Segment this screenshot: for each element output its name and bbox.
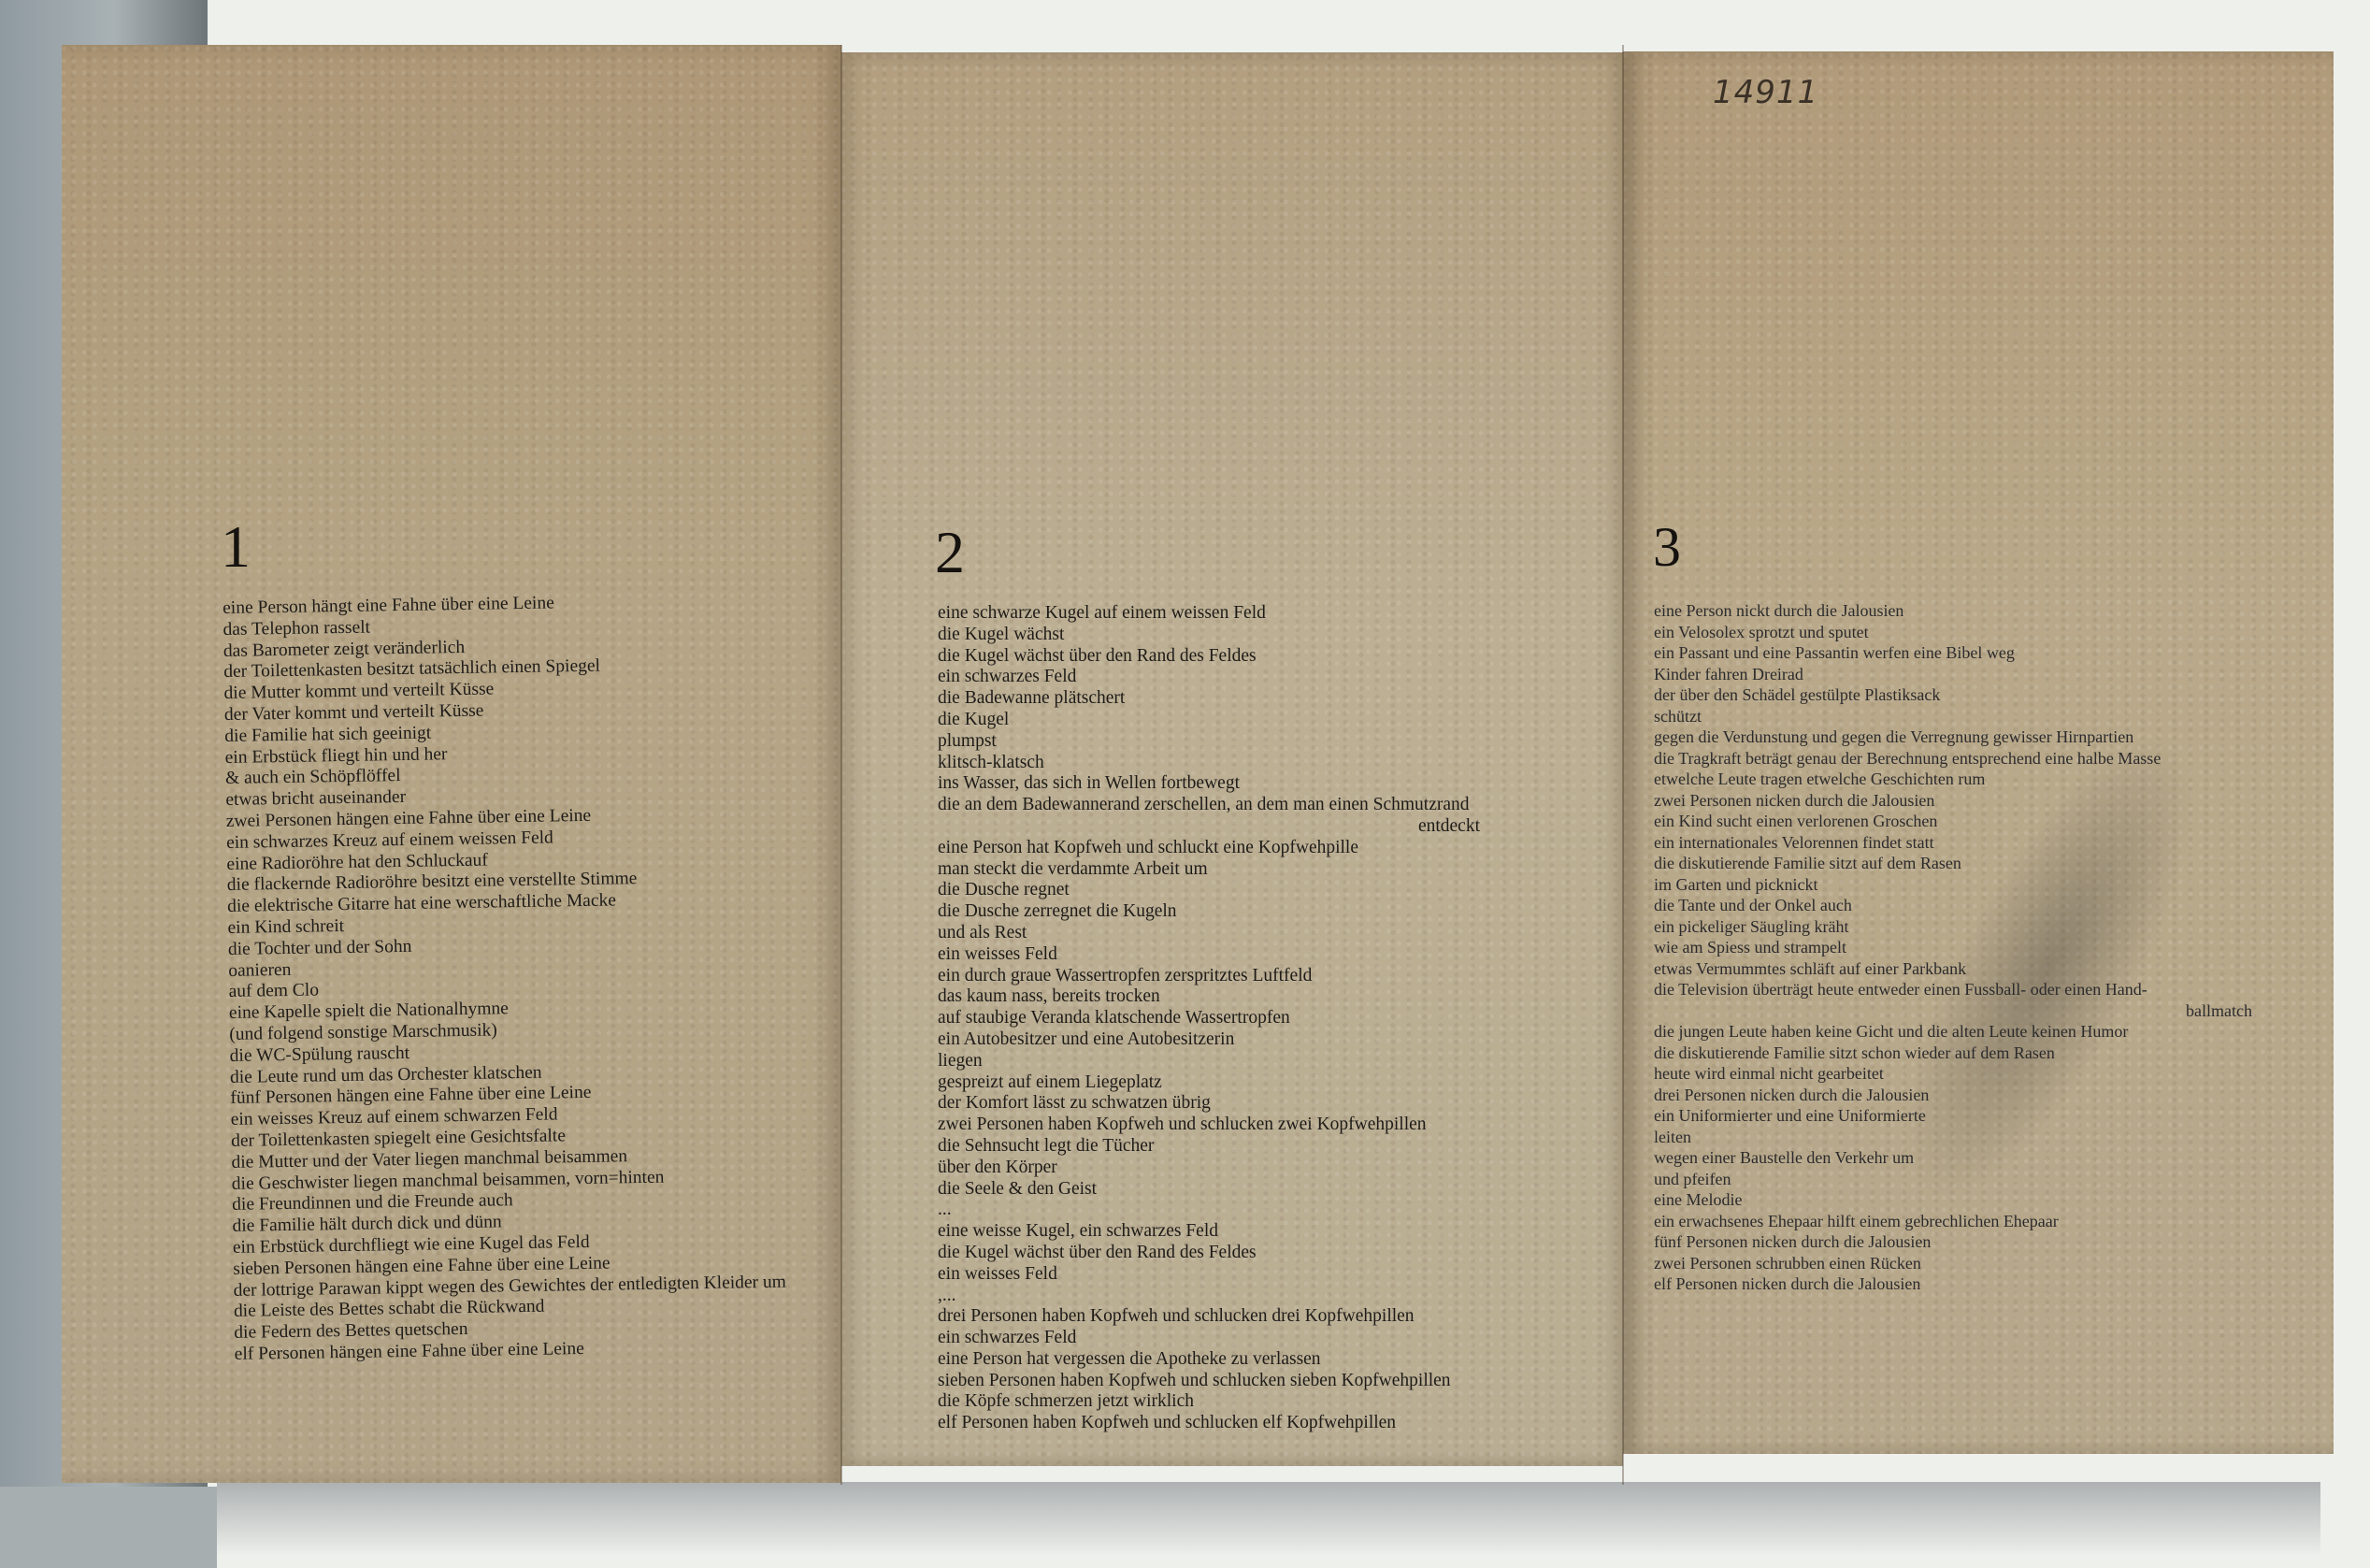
- panel-1: 1 eine Person hängt eine Fahne über eine…: [62, 45, 841, 1483]
- poem-line: ,...: [938, 1286, 1480, 1307]
- poem-line: wie am Spiess und strampelt: [1654, 937, 2252, 958]
- poem-line: entdeckt: [938, 816, 1480, 838]
- leaflet-shadow: [217, 1482, 2320, 1557]
- poem-line: ein Kind sucht einen verlorenen Groschen: [1654, 811, 2252, 832]
- poem-line: eine Person nickt durch die Jalousien: [1654, 600, 2252, 622]
- poem-line: ein Autobesitzer und eine Autobesitzerin: [938, 1029, 1480, 1051]
- poem-line: die diskutierende Familie sitzt schon wi…: [1654, 1043, 2252, 1064]
- poem-line: und pfeifen: [1654, 1169, 2252, 1190]
- poem-line: ballmatch: [1654, 1000, 2252, 1022]
- poem-line: die Seele & den Geist: [938, 1179, 1480, 1201]
- poem-line: man steckt die verdammte Arbeit um: [938, 859, 1480, 881]
- poem-line: drei Personen haben Kopfweh und schlucke…: [938, 1306, 1480, 1328]
- panel-3: 14911 3 eine Person nickt durch die Jalo…: [1623, 51, 2334, 1454]
- poem-line: ein weisses Feld: [938, 944, 1480, 966]
- poem-line: ein durch graue Wassertropfen zerspritzt…: [938, 966, 1480, 987]
- poem-line: elf Personen haben Kopfweh und schlucken…: [938, 1413, 1480, 1434]
- poem-line: die Köpfe schmerzen jetzt wirklich: [938, 1391, 1480, 1413]
- poem-line: auf staubige Veranda klatschende Wassert…: [938, 1008, 1480, 1029]
- poem-line: zwei Personen schrubben einen Rücken: [1654, 1253, 2252, 1274]
- fold-line-2: [1622, 45, 1624, 1485]
- poem-line: ein Uniformierter und eine Uniformierte: [1654, 1105, 2252, 1127]
- poem-line: schützt: [1654, 706, 2252, 727]
- poem-line: der über den Schädel gestülpte Plastiksa…: [1654, 684, 2252, 706]
- poem-line: ein schwarzes Feld: [938, 667, 1480, 688]
- poem-line: die Kugel: [938, 710, 1480, 731]
- poem-line: wegen einer Baustelle den Verkehr um: [1654, 1147, 2252, 1169]
- poem-line: leiten: [1654, 1127, 2252, 1148]
- poem-line: ins Wasser, das sich in Wellen fortbeweg…: [938, 773, 1480, 795]
- poem-line: klitsch-klatsch: [938, 753, 1480, 774]
- poem-line: der Komfort lässt zu schwatzen übrig: [938, 1093, 1480, 1115]
- poem-3: eine Person nickt durch die Jalousienein…: [1654, 600, 2252, 1295]
- section-number-1: 1: [221, 517, 251, 577]
- handwritten-annotation: 14911: [1713, 74, 1818, 111]
- poem-line: eine Person hat Kopfweh und schluckt ein…: [938, 838, 1480, 859]
- poem-line: plumpst: [938, 731, 1480, 753]
- poem-line: die Dusche regnet: [938, 880, 1480, 901]
- panel-2: 2 eine schwarze Kugel auf einem weissen …: [841, 52, 1623, 1466]
- poem-line: die Kugel wächst: [938, 625, 1480, 646]
- poem-line: die Tragkraft beträgt genau der Berechnu…: [1654, 748, 2252, 770]
- poem-line: heute wird einmal nicht gearbeitet: [1654, 1063, 2252, 1085]
- poem-line: liegen: [938, 1051, 1480, 1072]
- poem-line: die Kugel wächst über den Rand des Felde…: [938, 646, 1480, 668]
- poem-line: ein schwarzes Feld: [938, 1328, 1480, 1349]
- section-number-3: 3: [1653, 519, 1681, 575]
- background-bottom-left: [0, 1487, 217, 1568]
- poem-line: fünf Personen nicken durch die Jalousien: [1654, 1231, 2252, 1253]
- poem-line: die Tante und der Onkel auch: [1654, 895, 2252, 916]
- poem-line: die Television überträgt heute entweder …: [1654, 979, 2252, 1000]
- poem-line: sieben Personen haben Kopfweh und schluc…: [938, 1371, 1480, 1392]
- poem-line: ein weisses Feld: [938, 1264, 1480, 1286]
- poem-line: im Garten und picknickt: [1654, 874, 2252, 896]
- poem-line: ein erwachsenes Ehepaar hilft einem gebr…: [1654, 1211, 2252, 1232]
- section-number-2: 2: [935, 523, 965, 583]
- poem-line: eine weisse Kugel, ein schwarzes Feld: [938, 1221, 1480, 1243]
- poem-line: eine Melodie: [1654, 1189, 2252, 1211]
- poem-line: die diskutierende Familie sitzt auf dem …: [1654, 853, 2252, 874]
- fold-line-1: [840, 45, 842, 1485]
- poem-line: die an dem Badewannerand zerschellen, an…: [938, 795, 1480, 816]
- poem-line: die Kugel wächst über den Rand des Felde…: [938, 1243, 1480, 1264]
- poem-line: ein Passant und eine Passantin werfen ei…: [1654, 642, 2252, 664]
- poem-line: zwei Personen haben Kopfweh und schlucke…: [938, 1115, 1480, 1136]
- poem-line: die Dusche zerregnet die Kugeln: [938, 901, 1480, 923]
- poem-line: eine schwarze Kugel auf einem weissen Fe…: [938, 603, 1480, 625]
- poem-line: ...: [938, 1200, 1480, 1221]
- poem-line: elf Personen nicken durch die Jalousien: [1654, 1273, 2252, 1295]
- poem-line: eine Person hat vergessen die Apotheke z…: [938, 1349, 1480, 1371]
- poem-2: eine schwarze Kugel auf einem weissen Fe…: [938, 603, 1480, 1434]
- poem-line: über den Körper: [938, 1158, 1480, 1179]
- poem-line: die jungen Leute haben keine Gicht und d…: [1654, 1021, 2252, 1043]
- poem-line: drei Personen nicken durch die Jalousien: [1654, 1085, 2252, 1106]
- poem-line: die Badewanne plätschert: [938, 688, 1480, 710]
- poem-line: zwei Personen nicken durch die Jalousien: [1654, 790, 2252, 812]
- poem-line: etwas Vermummtes schläft auf einer Parkb…: [1654, 958, 2252, 980]
- poem-line: das kaum nass, bereits trocken: [938, 986, 1480, 1008]
- poem-line: und als Rest: [938, 923, 1480, 944]
- poem-line: ein Velosolex sprotzt und sputet: [1654, 622, 2252, 643]
- poem-1: eine Person hängt eine Fahne über eine L…: [223, 590, 787, 1366]
- poem-line: ein internationales Velorennen findet st…: [1654, 832, 2252, 854]
- poem-line: gegen die Verdunstung und gegen die Verr…: [1654, 726, 2252, 748]
- poem-line: Kinder fahren Dreirad: [1654, 664, 2252, 685]
- poem-line: gespreizt auf einem Liegeplatz: [938, 1072, 1480, 1094]
- poem-line: ein pickeliger Säugling kräht: [1654, 916, 2252, 938]
- poem-line: etwelche Leute tragen etwelche Geschicht…: [1654, 769, 2252, 790]
- poem-line: die Sehnsucht legt die Tücher: [938, 1136, 1480, 1158]
